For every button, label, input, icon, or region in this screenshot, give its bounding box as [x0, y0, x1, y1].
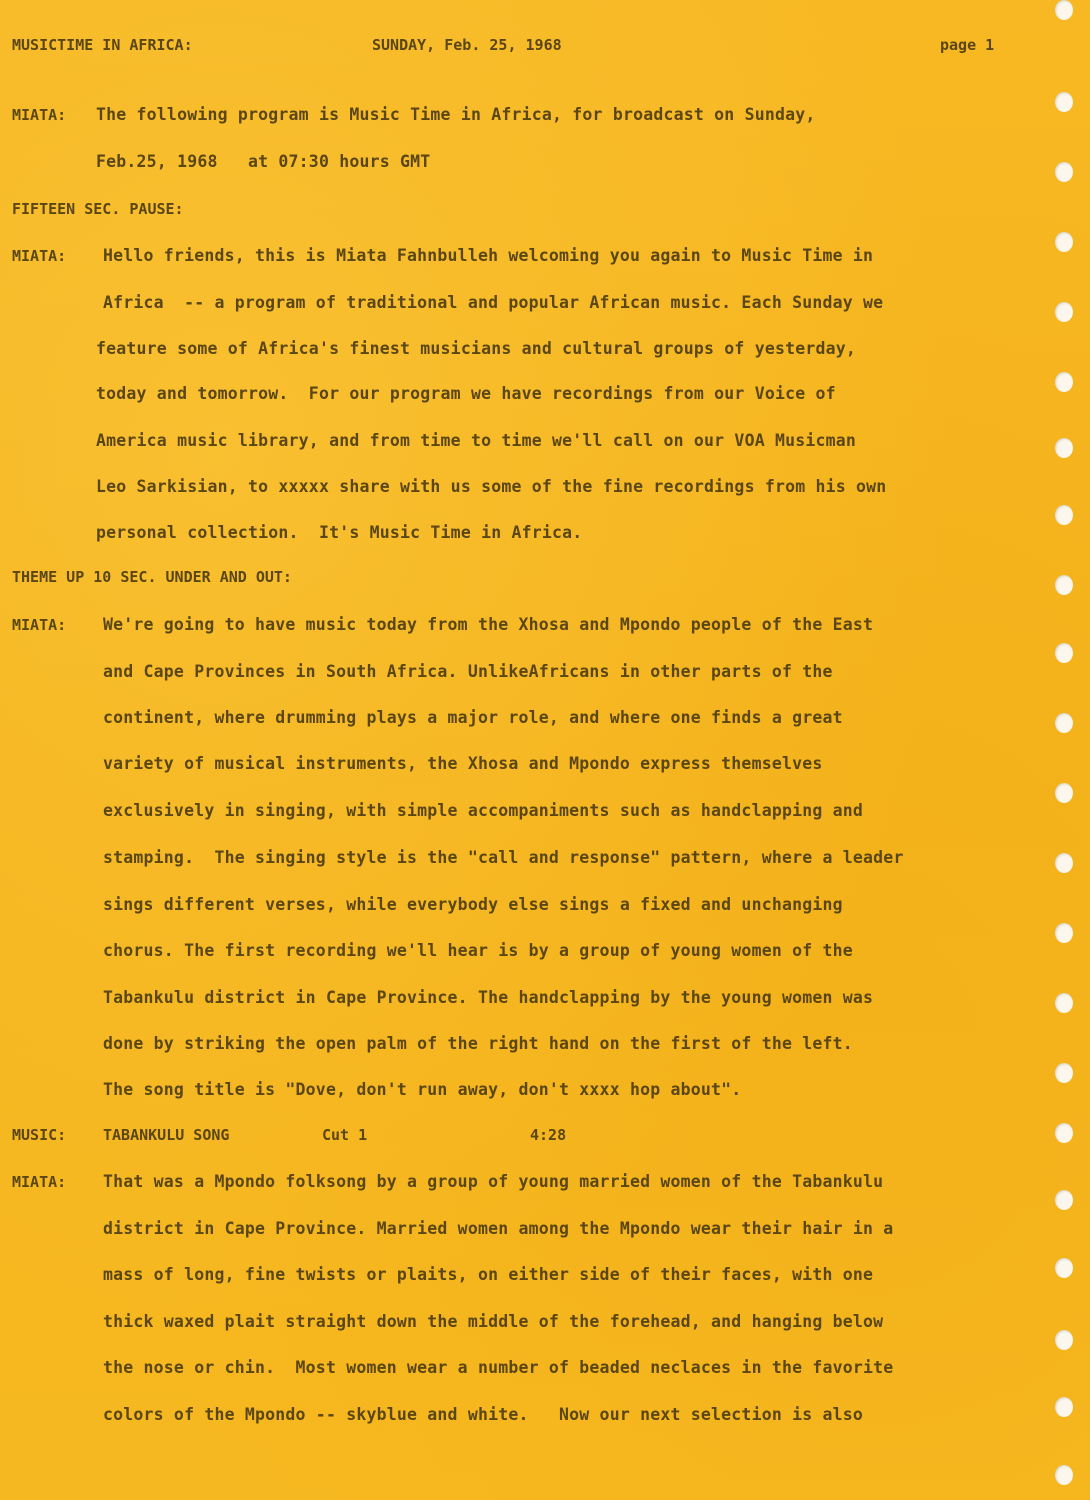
- binder-hole: [1055, 575, 1073, 595]
- binder-hole: [1055, 1258, 1073, 1278]
- page-number: page 1: [940, 36, 994, 54]
- speaker-label: MIATA:: [12, 1173, 66, 1191]
- script-line: The song title is "Dove, don't run away,…: [103, 1080, 741, 1099]
- binder-hole: [1055, 1063, 1073, 1083]
- binder-hole: [1055, 92, 1073, 112]
- script-line: done by striking the open palm of the ri…: [103, 1034, 853, 1053]
- script-line: mass of long, fine twists or plaits, on …: [103, 1265, 873, 1284]
- binder-hole: [1055, 1330, 1073, 1350]
- binder-hole: [1055, 0, 1073, 20]
- script-line: America music library, and from time to …: [96, 431, 856, 450]
- script-line: personal collection. It's Music Time in …: [96, 523, 582, 542]
- music-cue-duration: 4:28: [530, 1126, 566, 1144]
- script-line: That was a Mpondo folksong by a group of…: [103, 1172, 883, 1191]
- music-cue-label: MUSIC:: [12, 1126, 66, 1144]
- binder-hole: [1055, 1190, 1073, 1210]
- binder-hole: [1055, 853, 1073, 873]
- production-cue: FIFTEEN SEC. PAUSE:: [12, 200, 184, 218]
- production-cue: THEME UP 10 SEC. UNDER AND OUT:: [12, 568, 292, 586]
- script-line: thick waxed plait straight down the midd…: [103, 1312, 883, 1331]
- binder-hole: [1055, 1465, 1073, 1485]
- script-line: chorus. The first recording we'll hear i…: [103, 941, 853, 960]
- binder-hole: [1055, 438, 1073, 458]
- script-line: We're going to have music today from the…: [103, 615, 873, 634]
- script-line: Feb.25, 1968 at 07:30 hours GMT: [96, 152, 430, 171]
- script-line: the nose or chin. Most women wear a numb…: [103, 1358, 893, 1377]
- binder-hole: [1055, 162, 1073, 182]
- music-cue-cut: Cut 1: [322, 1126, 367, 1144]
- script-line: colors of the Mpondo -- skyblue and whit…: [103, 1405, 863, 1424]
- script-line: variety of musical instruments, the Xhos…: [103, 754, 823, 773]
- binder-hole: [1055, 1123, 1073, 1143]
- script-line: exclusively in singing, with simple acco…: [103, 801, 863, 820]
- binder-hole: [1055, 993, 1073, 1013]
- script-line: Africa -- a program of traditional and p…: [103, 293, 883, 312]
- speaker-label: MIATA:: [12, 106, 66, 124]
- script-line: feature some of Africa's finest musician…: [96, 339, 856, 358]
- binder-hole: [1055, 372, 1073, 392]
- binder-hole: [1055, 643, 1073, 663]
- program-title: MUSICTIME IN AFRICA:: [12, 36, 193, 54]
- script-line: continent, where drumming plays a major …: [103, 708, 843, 727]
- music-cue-title: TABANKULU SONG: [103, 1126, 229, 1144]
- script-line: stamping. The singing style is the "call…: [103, 848, 904, 867]
- script-line: today and tomorrow. For our program we h…: [96, 384, 836, 403]
- speaker-label: MIATA:: [12, 247, 66, 265]
- script-line: The following program is Music Time in A…: [96, 105, 816, 124]
- binder-hole: [1055, 783, 1073, 803]
- binder-hole: [1055, 923, 1073, 943]
- binder-hole: [1055, 232, 1073, 252]
- binder-hole: [1055, 302, 1073, 322]
- script-line: and Cape Provinces in South Africa. Unli…: [103, 662, 833, 681]
- script-line: district in Cape Province. Married women…: [103, 1219, 893, 1238]
- script-line: Hello friends, this is Miata Fahnbulleh …: [103, 246, 873, 265]
- binder-hole: [1055, 1397, 1073, 1417]
- speaker-label: MIATA:: [12, 616, 66, 634]
- script-line: Tabankulu district in Cape Province. The…: [103, 988, 873, 1007]
- binder-hole: [1055, 713, 1073, 733]
- binder-hole: [1055, 505, 1073, 525]
- script-line: sings different verses, while everybody …: [103, 895, 843, 914]
- broadcast-date: SUNDAY, Feb. 25, 1968: [372, 36, 562, 54]
- script-line: Leo Sarkisian, to xxxxx share with us so…: [96, 477, 886, 496]
